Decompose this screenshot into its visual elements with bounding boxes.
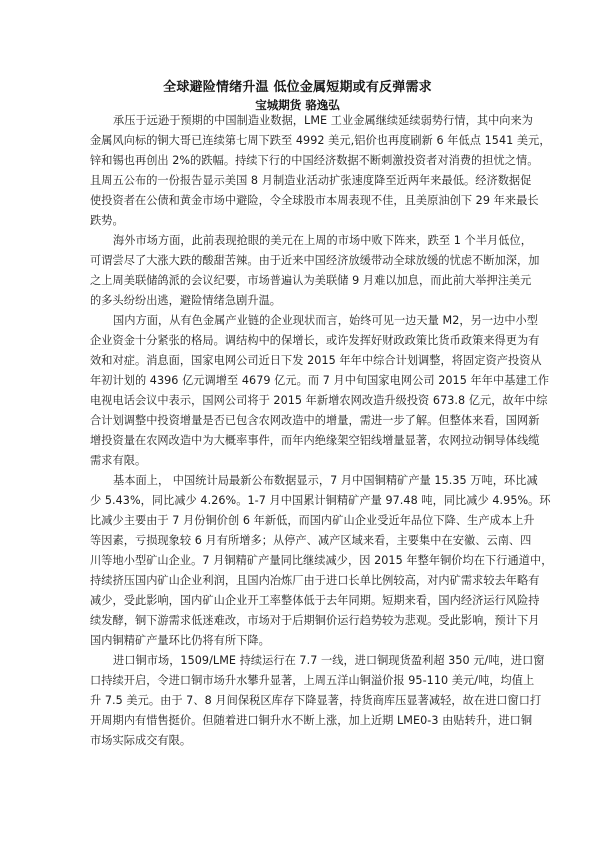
text-line: 市场实际成交有限。 [90,731,522,751]
paragraph-import-copper: 进口铜市场，1509/LME 持续运行在 7.7 一线，进口铜现货盈利超 350… [90,651,522,751]
paragraph-global-risk: 承压于远逊于预期的中国制造业数据，LME 工业金属继续延续弱势行情，其中向来为 … [90,111,522,231]
document-title: 全球避险情绪升温 低位金属短期或有反弹需求 [0,79,595,97]
text-line: 效和对症。消息面，国家电网公司近日下发 2015 年年中综合计划调整，将固定资产… [90,351,522,371]
text-line: 的多头纷纷出逃，避险情绪急剧升温。 [90,291,522,311]
text-line: 国内方面，从有色金属产业链的企业现状而言，始终可见一边天量 M2，另一边中小型 [90,311,522,331]
text-line: 少 5.43%，同比减少 4.26%。1-7 月中国累计铜精矿产量 97.48 … [90,491,522,511]
text-line: 升 7.5 美元。由于 7、8 月间保税区库存下降显著，持货商库压显著减轻，故在… [90,691,522,711]
text-line: 使投资者在公债和黄金市场中避险，令全球股市本周表现不佳，且美原油创下 29 年来… [90,191,522,211]
text-line: 跌势。 [90,211,522,231]
text-line: 口持续开启，令进口铜市场升水攀升显著，上周五洋山铜溢价报 95-110 美元/吨… [90,671,522,691]
text-line: 持续挤压国内矿山企业利润，且国内冶炼厂由于进口长单比例较高，对内矿需求较去年略有 [90,571,522,591]
text-line: 可谓尝尽了大涨大跌的酸甜苦辣。由于近来中国经济放缓带动全球放缓的忧虑不断加深，加 [90,251,522,271]
text-line: 电视电话会议中表示，国网公司将于 2015 年新增农网改造升级投资 673.8 … [90,391,522,411]
text-line: 金属风向标的铜大哥已连续第七周下跌至 4992 美元,铝价也再度刷新 6 年低点… [90,131,522,151]
document-page: 全球避险情绪升温 低位金属短期或有反弹需求 宝城期货 骆逸弘 承压于远逊于预期的… [0,0,595,842]
text-line: 续发酵，铜下游需求低迷难改，市场对于后期铜价运行趋势较为悲观。受此影响，预计下月 [90,611,522,631]
text-line: 等因素，亏损现象较 6 月有所增多；从停产、减产区域来看，主要集中在安徽、云南、… [90,531,522,551]
text-line: 合计划调整中投资增量是否已包含农网改造中的增量，需进一步了解。但整体来看，国网新 [90,411,522,431]
text-line: 企业资金十分紧张的格局。调结构中的保增长，或许发挥好财政政策比货币政策来得更为有 [90,331,522,351]
text-line: 开周期内有惜售挺价。但随着进口铜升水不断上涨，加上近期 LME0-3 由贴转升，… [90,711,522,731]
paragraph-fundamentals: 基本面上， 中国统计局最新公布数据显示，7 月中国铜精矿产量 15.35 万吨，… [90,471,522,651]
text-line: 之上周美联储鸽派的会议纪要，市场普遍认为美联储 9 月难以加息，而此前大举押注美… [90,271,522,291]
text-line: 且周五公布的一份报告显示美国 8 月制造业活动扩张速度降至近两年来最低。经济数据… [90,171,522,191]
text-line: 国内铜精矿产量环比仍将有所下降。 [90,631,522,651]
document-body: 承压于远逊于预期的中国制造业数据，LME 工业金属继续延续弱势行情，其中向来为 … [90,111,522,751]
text-line: 锌和锡也再创出 2%的跌幅。持续下行的中国经济数据不断刺激投资者对消费的担忧之情… [90,151,522,171]
text-line: 需求有限。 [90,451,522,471]
text-line: 比减少主要由于 7 月份铜价创 6 年新低，而国内矿山企业受近年品位下降、生产成… [90,511,522,531]
paragraph-domestic: 国内方面，从有色金属产业链的企业现状而言，始终可见一边天量 M2，另一边中小型 … [90,311,522,471]
text-line: 进口铜市场，1509/LME 持续运行在 7.7 一线，进口铜现货盈利超 350… [90,651,522,671]
text-line: 川等地小型矿山企业。7 月铜精矿产量同比继续减少，因 2015 年整年铜价均在下… [90,551,522,571]
text-line: 承压于远逊于预期的中国制造业数据，LME 工业金属继续延续弱势行情，其中向来为 [90,111,522,131]
paragraph-overseas-market: 海外市场方面，此前表现抢眼的美元在上周的市场中败下阵来，跌至 1 个半月低位， … [90,231,522,311]
text-line: 增投资量在农网改造中为大概率事件，而年内绝缘架空铝线增量显著，农网拉动铜导体线缆 [90,431,522,451]
text-line: 年初计划的 4396 亿元调增至 4679 亿元。而 7 月中旬国家电网公司 2… [90,371,522,391]
text-line: 基本面上， 中国统计局最新公布数据显示，7 月中国铜精矿产量 15.35 万吨，… [90,471,522,491]
text-line: 海外市场方面，此前表现抢眼的美元在上周的市场中败下阵来，跌至 1 个半月低位， [90,231,522,251]
text-line: 减少，受此影响，国内矿山企业开工率整体低于去年同期。短期来看，国内经济运行风险持 [90,591,522,611]
